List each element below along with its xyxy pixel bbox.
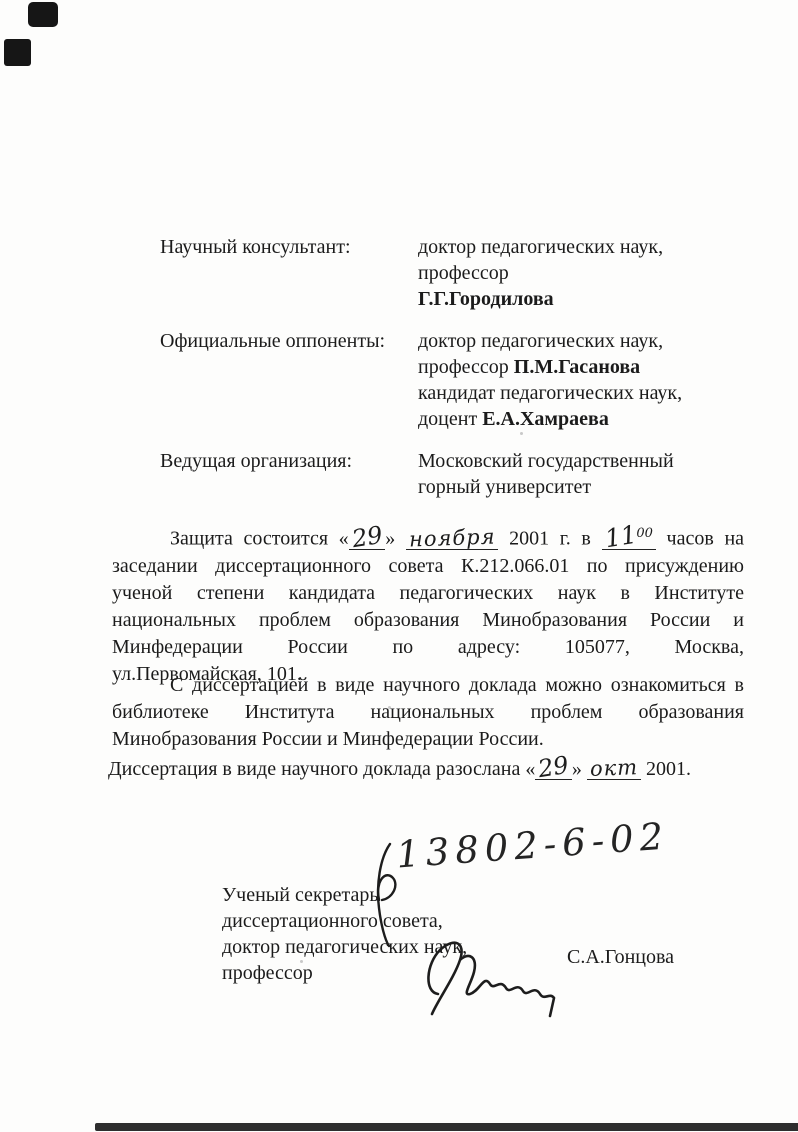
row-consultant: Научный консультант: доктор педагогическ… — [160, 234, 735, 312]
handwritten-mailed-month: окт — [590, 757, 639, 779]
opponent1-title: профессор — [418, 356, 514, 378]
mailed-line: Диссертация в виде научного доклада разо… — [108, 756, 758, 783]
document-page: Научный консультант: доктор педагогическ… — [0, 0, 798, 1132]
library-paragraph: С диссертацией в виде научного доклада м… — [112, 672, 744, 753]
defense-line3: ученой степени кандидата педагогических … — [112, 580, 744, 607]
defense-line4: национальных проблем образования Минобра… — [112, 607, 744, 634]
opponent2-line: доцент Е.А.Хамраева — [418, 406, 735, 432]
mailed-text: Диссертация в виде научного доклада разо… — [108, 758, 535, 780]
defense-day-blank: 29 — [349, 527, 386, 550]
opponents-value: доктор педагогических наук, профессор П.… — [418, 328, 735, 432]
mailed-month-blank: окт — [587, 758, 641, 780]
consultant-degree: доктор педагогических наук, — [418, 234, 735, 260]
organization-label: Ведущая организация: — [160, 448, 418, 500]
handwritten-defense-day: 29 — [350, 524, 383, 549]
handwritten-defense-minutes: 00 — [636, 526, 653, 541]
mailed-text: » — [572, 758, 587, 780]
organization-name-line1: Московский государственный — [418, 448, 735, 474]
defense-hour-blank: 1100 — [602, 524, 656, 550]
consultant-title: профессор — [418, 260, 735, 286]
handwritten-defense-month: ноября — [409, 526, 496, 549]
defense-line5: Минфедерации России по адресу: 105077, М… — [112, 634, 744, 661]
organization-name-line2: горный университет — [418, 474, 735, 500]
scan-artifact-top-left-2 — [4, 39, 31, 66]
defense-text: Защита состоится « — [170, 528, 349, 550]
opponents-label: Официальные оппоненты: — [160, 328, 418, 432]
defense-month-blank: ноября — [406, 528, 499, 550]
handwritten-defense-hour: 11 — [603, 524, 638, 549]
credentials-table: Научный консультант: доктор педагогическ… — [160, 234, 735, 516]
library-line3: Минобразования России и Минфедерации Рос… — [112, 726, 744, 753]
opponent2-title: доцент — [418, 408, 482, 430]
organization-value: Московский государственный горный универ… — [418, 448, 735, 500]
handwritten-mailed-day: 29 — [537, 755, 570, 780]
row-opponents: Официальные оппоненты: доктор педагогиче… — [160, 328, 735, 432]
opponent1-degree: доктор педагогических наук, — [418, 328, 735, 354]
mailed-text: 2001. — [641, 758, 691, 780]
secretary-name: С.А.Гонцова — [567, 946, 674, 969]
defense-text: часов на — [656, 528, 744, 550]
mailed-day-blank: 29 — [535, 757, 572, 780]
defense-text: » — [385, 528, 406, 550]
scan-artifact-bottom-edge — [95, 1123, 798, 1131]
consultant-name: Г.Г.Городилова — [418, 286, 735, 312]
handwritten-inventory-number: 13802-6-02 — [395, 815, 671, 877]
consultant-value: доктор педагогических наук, профессор Г.… — [418, 234, 735, 312]
opponent2-name: Е.А.Хамраева — [482, 408, 609, 430]
opponent1-name: П.М.Гасанова — [514, 356, 640, 378]
opponent1-line: профессор П.М.Гасанова — [418, 354, 735, 380]
library-line1: С диссертацией в виде научного доклада м… — [112, 672, 744, 699]
defense-line1: Защита состоится «29» ноября 2001 г. в 1… — [112, 524, 744, 553]
defense-paragraph: Защита состоится «29» ноября 2001 г. в 1… — [112, 524, 744, 688]
scan-artifact-top-left-1 — [28, 2, 58, 27]
secretary-line1: Ученый секретарь — [222, 882, 467, 908]
opponent2-degree: кандидат педагогических наук, — [418, 380, 735, 406]
defense-line2: заседании диссертационного совета К.212.… — [112, 553, 744, 580]
secretary-line2: диссертационного совета, — [222, 908, 467, 934]
secretary-signature — [420, 934, 575, 1022]
library-line2: библиотеке Института национальных пробле… — [112, 699, 744, 726]
consultant-label: Научный консультант: — [160, 234, 418, 312]
defense-text: 2001 г. в — [498, 528, 601, 550]
row-organization: Ведущая организация: Московский государс… — [160, 448, 735, 500]
